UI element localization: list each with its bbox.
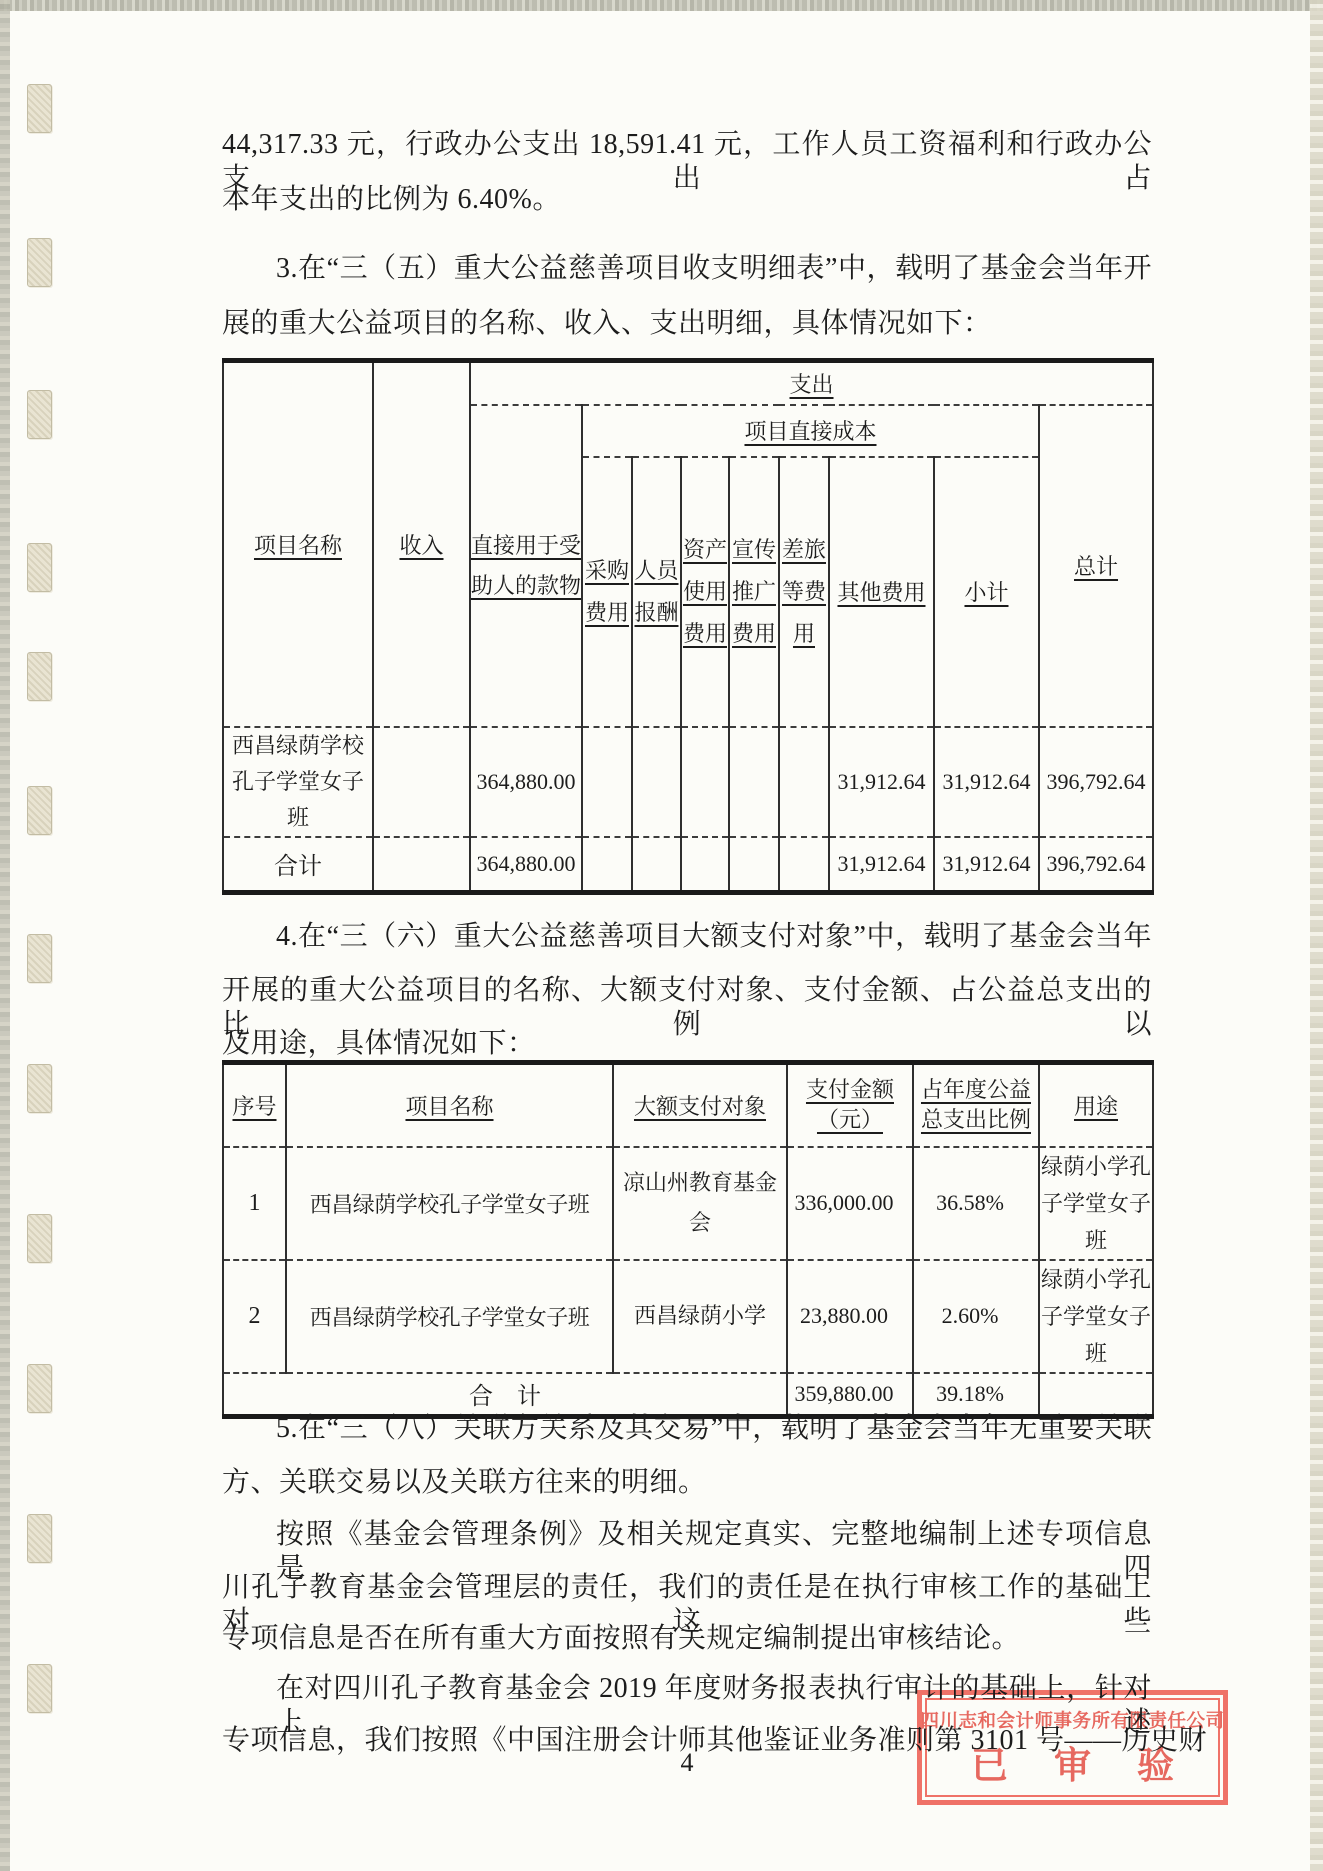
- major-payment-table: 序号 项目名称 大额支付对象 支付金额 （元） 占年度公益 总支出比例 用途 1…: [222, 1060, 1154, 1419]
- cell-promotion: [729, 727, 779, 837]
- cell-purpose: [1039, 1373, 1153, 1417]
- col-header-income: 收入: [373, 361, 470, 727]
- body-line: 展的重大公益项目的名称、收入、支出明细，具体情况如下：: [222, 307, 1152, 341]
- cell-subtotal: 31,912.64: [934, 727, 1039, 837]
- cell-empty: [582, 837, 632, 893]
- col-header-other-expense: 其他费用: [829, 457, 934, 727]
- project-income-expense-table: 项目名称 收入 支出 直接用于受助人的款物 项目直接成本 总计 采购费用 人员报…: [222, 358, 1154, 895]
- cell-other: 31,912.64: [829, 727, 934, 837]
- cell-purpose: 绿荫小学孔子学堂女子班: [1039, 1260, 1153, 1373]
- scan-edge-top: [0, 0, 1323, 11]
- col-header-personnel: 人员报酬: [632, 457, 681, 727]
- cell-project-name: 西昌绿荫学校孔子学堂女子班: [223, 727, 373, 837]
- cell-ratio: 2.60%: [913, 1260, 1039, 1373]
- cell-purpose: 绿荫小学孔子学堂女子班: [1039, 1147, 1153, 1260]
- cell-direct: 364,880.00: [470, 837, 582, 893]
- cell-ratio: 36.58%: [913, 1147, 1039, 1260]
- cell-empty: [681, 837, 729, 893]
- cell-income: [373, 837, 470, 893]
- cell-asset: [681, 727, 729, 837]
- col-header-project-name: 项目名称: [223, 361, 373, 727]
- cell-total-label: 合计: [223, 837, 373, 893]
- table-row: 1 西昌绿荫学校孔子学堂女子班 凉山州教育基金会 336,000.00 36.5…: [223, 1147, 1153, 1260]
- cell-personnel: [632, 727, 681, 837]
- cell-amount: 336,000.00: [787, 1147, 913, 1260]
- cell-income: [373, 727, 470, 837]
- cell-subtotal: 31,912.64: [934, 837, 1039, 893]
- table-total-row: 合计 364,880.00 31,912.64 31,912.64 396,79…: [223, 837, 1153, 893]
- col-header-travel: 差旅等费用: [779, 457, 829, 727]
- body-line: 3.在“三（五）重大公益慈善项目收支明细表”中，载明了基金会当年开: [276, 252, 1152, 286]
- cell-total: 396,792.64: [1039, 727, 1153, 837]
- col-header-amount: 支付金额 （元）: [787, 1063, 913, 1147]
- cell-empty: [779, 837, 829, 893]
- cell-procurement: [582, 727, 632, 837]
- cell-amount: 23,880.00: [787, 1260, 913, 1373]
- table-row: 2 西昌绿荫学校孔子学堂女子班 西昌绿荫小学 23,880.00 2.60% 绿…: [223, 1260, 1153, 1373]
- cell-travel: [779, 727, 829, 837]
- col-header-project-direct-cost: 项目直接成本: [582, 405, 1039, 457]
- binding-hole: [27, 84, 52, 133]
- cell-index: 1: [223, 1147, 286, 1260]
- body-line: 5.在“三（八）关联方关系及其交易”中，载明了基金会当年无重要关联: [276, 1412, 1152, 1446]
- binding-hole: [27, 1214, 52, 1263]
- col-header-ratio: 占年度公益 总支出比例: [913, 1063, 1039, 1147]
- col-header-expenditure: 支出: [470, 361, 1153, 405]
- binding-hole: [27, 1514, 52, 1563]
- cell-project: 西昌绿荫学校孔子学堂女子班: [286, 1147, 613, 1260]
- scan-edge-left: [0, 0, 10, 1871]
- body-line: 方、关联交易以及关联方往来的明细。: [222, 1466, 1152, 1500]
- binding-hole: [27, 1664, 52, 1713]
- cell-amount: 359,880.00: [787, 1373, 913, 1417]
- table-row: 西昌绿荫学校孔子学堂女子班 364,880.00 31,912.64 31,91…: [223, 727, 1153, 837]
- col-header-subtotal: 小计: [934, 457, 1039, 727]
- col-header-asset-use: 资产使用费用: [681, 457, 729, 727]
- col-header-project-name: 项目名称: [286, 1063, 613, 1147]
- body-line: 专项信息是否在所有重大方面按照有关规定编制提出审核结论。: [222, 1622, 1152, 1656]
- cell-other: 31,912.64: [829, 837, 934, 893]
- cell-project: 西昌绿荫学校孔子学堂女子班: [286, 1260, 613, 1373]
- binding-hole: [27, 786, 52, 835]
- body-line: 4.在“三（六）重大公益慈善项目大额支付对象”中，载明了基金会当年: [276, 920, 1152, 954]
- body-line: 本年支出的比例为 6.40%。: [222, 183, 1152, 217]
- cell-empty: [729, 837, 779, 893]
- page-number: 4: [222, 1748, 1152, 1778]
- cell-payee: 凉山州教育基金会: [613, 1147, 787, 1260]
- col-header-purpose: 用途: [1039, 1063, 1153, 1147]
- col-header-promotion: 宣传推广费用: [729, 457, 779, 727]
- table-total-row: 合 计 359,880.00 39.18%: [223, 1373, 1153, 1417]
- col-header-total: 总计: [1039, 405, 1153, 727]
- binding-hole: [27, 934, 52, 983]
- cell-ratio: 39.18%: [913, 1373, 1039, 1417]
- binding-hole: [27, 543, 52, 592]
- scan-edge-right: [1310, 0, 1323, 1871]
- binding-hole: [27, 1364, 52, 1413]
- cell-direct: 364,880.00: [470, 727, 582, 837]
- cell-total-label: 合 计: [223, 1373, 787, 1417]
- cell-payee: 西昌绿荫小学: [613, 1260, 787, 1373]
- col-header-payee: 大额支付对象: [613, 1063, 787, 1147]
- cell-index: 2: [223, 1260, 286, 1373]
- col-header-direct-to-beneficiaries: 直接用于受助人的款物: [470, 405, 582, 727]
- col-header-procurement: 采购费用: [582, 457, 632, 727]
- binding-hole: [27, 1064, 52, 1113]
- binding-hole: [27, 652, 52, 701]
- cell-empty: [632, 837, 681, 893]
- col-header-index: 序号: [223, 1063, 286, 1147]
- body-line: 及用途，具体情况如下：: [222, 1027, 1152, 1061]
- cell-total: 396,792.64: [1039, 837, 1153, 893]
- binding-hole: [27, 238, 52, 287]
- document-page: 44,317.33 元，行政办公支出 18,591.41 元，工作人员工资福利和…: [0, 0, 1323, 1871]
- binding-hole: [27, 390, 52, 439]
